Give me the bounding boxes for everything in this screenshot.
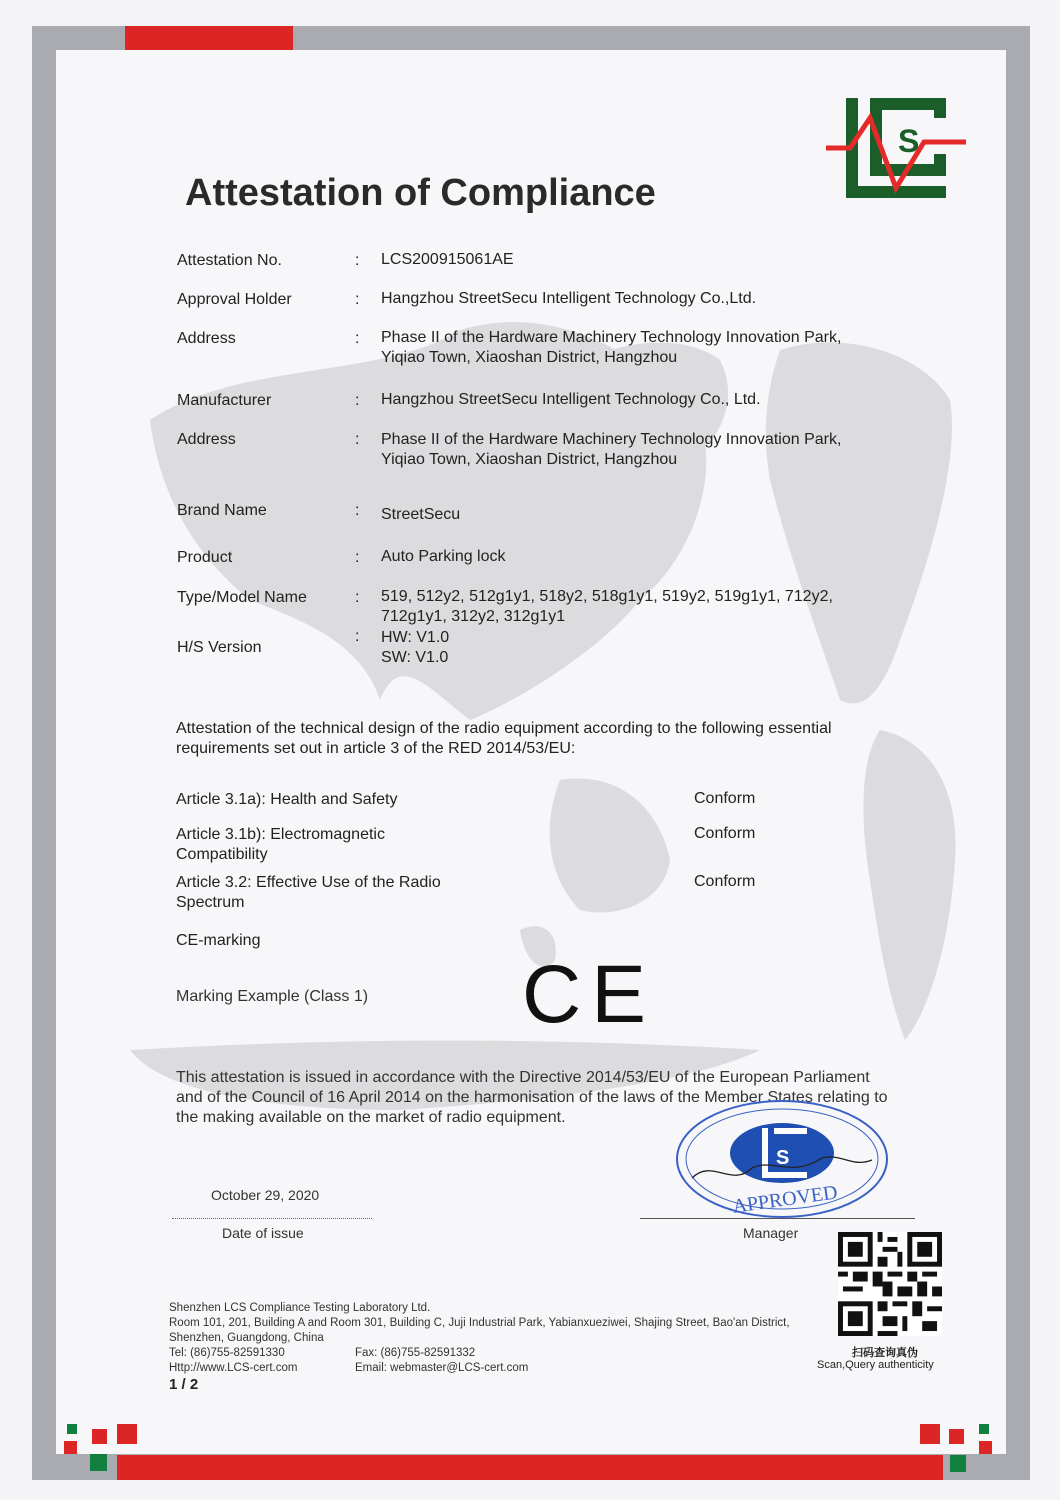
footer-email-link[interactable]: Email: webmaster@LCS-cert.com [355,1361,528,1376]
field-value: Hangzhou StreetSecu Intelligent Technolo… [381,390,761,410]
manager-label: Manager [743,1225,798,1241]
ce-marking-label: CE-marking [176,931,260,951]
field-colon: : [355,628,359,646]
field-value: Hangzhou StreetSecu Intelligent Technolo… [381,289,756,309]
field-value: Auto Parking lock [381,547,506,567]
field-label: H/S Version [177,639,261,657]
footer-web-link[interactable]: Http://www.LCS-cert.com [169,1361,297,1376]
field-label: Product [177,549,232,567]
field-value: StreetSecu [381,505,460,525]
field-value: LCS200915061AE [381,250,514,270]
lcs-logo-icon: S [826,96,966,204]
article-result: Conform [694,825,755,843]
corner-square [979,1424,989,1434]
field-label: Brand Name [177,502,267,520]
approved-stamp-icon: S APPROVED [672,1098,892,1220]
article-name: Article 3.1b): ElectromagneticCompatibil… [176,825,385,865]
marking-example-label: Marking Example (Class 1) [176,987,368,1007]
page-title: Attestation of Compliance [185,172,656,215]
field-colon: : [355,252,359,270]
footer-company: Shenzhen LCS Compliance Testing Laborato… [169,1301,430,1316]
field-colon: : [355,431,359,449]
field-label: Address [177,431,236,449]
field-colon: : [355,549,359,567]
footer-address1: Room 101, 201, Building A and Room 301, … [169,1316,790,1331]
field-value: 712g1y1, 312y2, 312g1y1 [381,607,565,627]
field-colon: : [355,291,359,309]
field-value: HW: V1.0 [381,628,449,648]
footer-fax: Fax: (86)755-82591332 [355,1346,475,1361]
issue-date: October 29, 2020 [211,1187,319,1203]
field-colon: : [355,330,359,348]
field-label: Attestation No. [177,252,282,270]
footer-address2: Shenzhen, Guangdong, China [169,1331,324,1346]
corner-square [92,1429,107,1444]
qr-caption-cn: 扫码查询真伪 [852,1344,918,1360]
article-result: Conform [694,873,755,891]
qr-code-icon[interactable] [838,1232,942,1336]
corner-square [67,1424,77,1434]
field-value: Phase II of the Hardware Machinery Techn… [381,328,841,348]
date-label: Date of issue [222,1225,304,1241]
field-value: Yiqiao Town, Xiaoshan District, Hangzhou [381,450,677,470]
bottom-red-bar [117,1455,943,1480]
corner-square [64,1441,77,1454]
intro-line: Attestation of the technical design of t… [176,719,936,739]
corner-square [979,1441,992,1454]
date-line [172,1218,372,1219]
field-label: Address [177,330,236,348]
corner-square [117,1424,137,1444]
field-colon: : [355,392,359,410]
field-colon: : [355,502,359,520]
field-label: Type/Model Name [177,589,307,607]
top-red-bar [125,26,293,50]
intro-line: requirements set out in article 3 of the… [176,739,936,759]
field-label: Manufacturer [177,392,271,410]
page-number: 1 / 2 [169,1376,198,1393]
corner-square [90,1454,107,1471]
corner-square [950,1455,966,1472]
intro-paragraph: Attestation of the technical design of t… [176,719,936,759]
field-colon: : [355,589,359,607]
ce-mark-icon: CE [522,948,656,1042]
field-value: Yiqiao Town, Xiaoshan District, Hangzhou [381,348,677,368]
corner-square [920,1424,940,1444]
qr-caption-en: Scan,Query authenticity [817,1359,934,1371]
corner-square [949,1429,964,1444]
field-value: Phase II of the Hardware Machinery Techn… [381,430,841,450]
field-value: 519, 512y2, 512g1y1, 518y2, 518g1y1, 519… [381,587,833,607]
field-value: SW: V1.0 [381,648,448,668]
article-result: Conform [694,790,755,808]
field-label: Approval Holder [177,291,292,309]
footer-tel: Tel: (86)755-82591330 [169,1346,285,1361]
article-name: Article 3.1a): Health and Safety [176,790,397,810]
article-name: Article 3.2: Effective Use of the RadioS… [176,873,441,913]
